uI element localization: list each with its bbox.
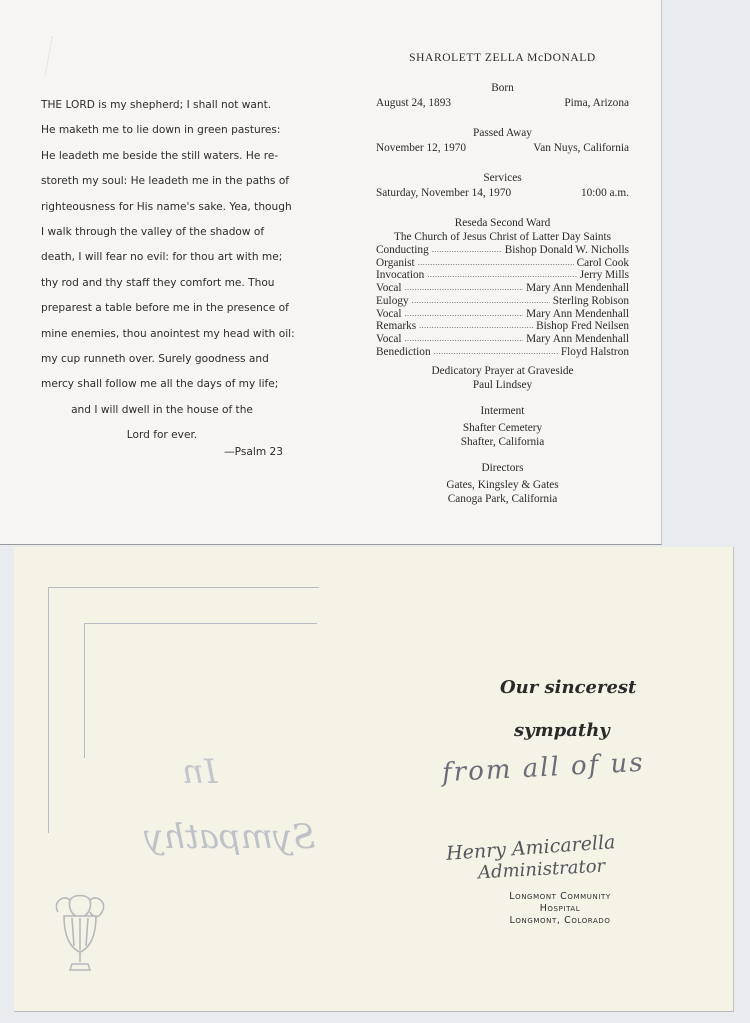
church-name: The Church of Jesus Christ of Latter Day… [376,230,629,244]
born-heading: Born [376,81,629,96]
pencil-smudge [45,37,71,80]
leader-dots [412,295,550,308]
psalm-line: and I will dwell in the house of the [41,400,283,425]
leader-dots [405,333,524,346]
services-time: 10:00 a.m. [581,186,629,201]
interment-location: Shafter, California [376,435,629,449]
decorative-frame-inner [84,623,317,758]
born-place: Pima, Arizona [564,96,629,111]
participant-name: Carol Cook [577,257,629,270]
participant-role: Invocation [376,269,424,282]
dedicatory-name: Paul Lindsey [376,378,629,392]
interment-cemetery: Shafter Cemetery [376,421,629,435]
participant-name: Jerry Mills [580,269,629,282]
psalm-line: I walk through the valley of the shadow … [41,222,283,247]
participant-role: Remarks [376,320,416,333]
participant-name: Mary Ann Mendenhall [526,282,629,295]
participant-row: OrganistCarol Cook [376,257,629,270]
message-line-1: Our sincerest [500,677,684,698]
deceased-name: SHAROLETT ZELLA McDONALD [376,52,629,64]
born-date: August 24, 1893 [376,96,451,111]
psalm-line: He leadeth me beside the still waters. H… [41,146,283,171]
participant-row: InvocationJerry Mills [376,269,629,282]
leader-dots [405,282,524,295]
psalm-line: death, I will fear no evil: for thou art… [41,247,283,272]
handwritten-message: from all of us [441,748,645,789]
passed-place: Van Nuys, California [533,141,629,156]
directors-heading: Directors [376,461,629,475]
psalm-line: mine enemies, thou anointest my head wit… [41,324,283,349]
psalm-line: thy rod and thy staff they comfort me. T… [41,273,283,298]
participant-name: Bishop Fred Neilsen [536,320,629,333]
participant-role: Vocal [376,333,402,346]
funeral-program-card: THE LORD is my shepherd; I shall not wan… [0,0,662,545]
printed-sympathy-message: Our sincerest sympathy [484,677,684,741]
services-heading: Services [376,171,629,186]
ward-name: Reseda Second Ward [376,216,629,230]
service-program: SHAROLETT ZELLA McDONALD Born August 24,… [376,52,629,506]
psalm-line: THE LORD is my shepherd; I shall not wan… [41,95,283,120]
participants-list: ConductingBishop Donald W. Nicholls Orga… [376,244,629,358]
sympathy-card: In Sympathy Our sincerest sympathy from … [14,547,734,1012]
hospital-imprint: Longmont Community Hospital Longmont, Co… [480,891,640,927]
participant-name: Mary Ann Mendenhall [526,308,629,321]
participant-row: ConductingBishop Donald W. Nicholls [376,244,629,257]
participant-role: Vocal [376,282,402,295]
participant-row: RemarksBishop Fred Neilsen [376,320,629,333]
psalm-line: mercy shall follow me all the days of my… [41,374,283,399]
passed-heading: Passed Away [376,126,629,141]
leader-dots [427,269,576,282]
message-line-2: sympathy [514,720,684,741]
hospital-name-line1: Longmont Community [480,891,640,903]
interment-heading: Interment [376,404,629,418]
leader-dots [405,308,524,321]
show-through-in-text: In [182,752,217,792]
participant-name: Mary Ann Mendenhall [526,333,629,346]
leader-dots [418,257,574,270]
hospital-location: Longmont, Colorado [480,915,640,927]
leader-dots [434,346,558,359]
passed-date: November 12, 1970 [376,141,466,156]
participant-role: Vocal [376,308,402,321]
participant-row: VocalMary Ann Mendenhall [376,333,629,346]
participant-name: Sterling Robison [553,295,629,308]
participant-row: BenedictionFloyd Halstron [376,346,629,359]
participant-role: Conducting [376,244,429,257]
born-details: August 24, 1893 Pima, Arizona [376,96,629,111]
show-through-sympathy-text: Sympathy [144,817,316,857]
psalm-line: He maketh me to lie down in green pastur… [41,120,283,145]
services-details: Saturday, November 14, 1970 10:00 a.m. [376,186,629,201]
participant-row: EulogySterling Robison [376,295,629,308]
services-date: Saturday, November 14, 1970 [376,186,511,201]
participant-row: VocalMary Ann Mendenhall [376,308,629,321]
psalm-line: righteousness for His name's sake. Yea, … [41,197,283,222]
participant-row: VocalMary Ann Mendenhall [376,282,629,295]
leader-dots [419,320,533,333]
participant-role: Benediction [376,346,431,359]
urn-icon [50,892,110,977]
psalm-line: storeth my soul: He leadeth me in the pa… [41,171,283,196]
directors-location: Canoga Park, California [376,492,629,506]
participant-name: Bishop Donald W. Nicholls [505,244,629,257]
leader-dots [432,244,502,257]
participant-role: Organist [376,257,415,270]
participant-role: Eulogy [376,295,409,308]
psalm-line: preparest a table before me in the prese… [41,298,283,323]
psalm-23-text: THE LORD is my shepherd; I shall not wan… [41,95,283,468]
directors-firm: Gates, Kingsley & Gates [376,478,629,492]
passed-details: November 12, 1970 Van Nuys, California [376,141,629,156]
psalm-line: my cup runneth over. Surely goodness and [41,349,283,374]
participant-name: Floyd Halstron [561,346,629,359]
dedicatory-heading: Dedicatory Prayer at Graveside [376,364,629,378]
hospital-name-line2: Hospital [480,903,640,915]
